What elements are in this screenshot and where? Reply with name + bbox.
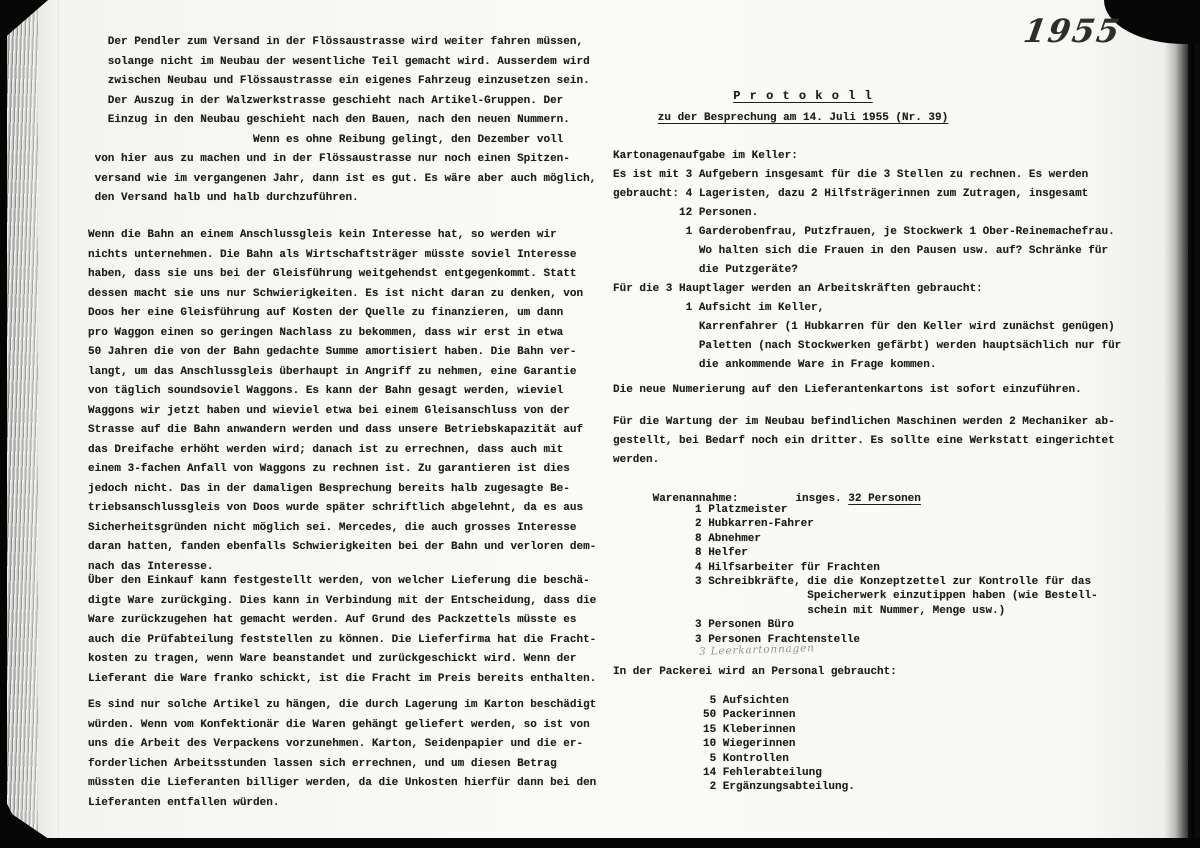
protocol-subtitle: zu der Besprechung am 14. Juli 1955 (Nr.… bbox=[613, 112, 993, 124]
paragraph-artikel-haengen: Es sind nur solche Artikel zu hängen, di… bbox=[88, 696, 596, 813]
line-numerierung: Die neue Numerierung auf den Lieferanten… bbox=[613, 381, 1082, 400]
section-kartonagenaufgabe: Kartonagenaufgabe im Keller: Es ist mit … bbox=[613, 147, 1121, 375]
warenannahme-personnel-list: 1 Platzmeister 2 Hubkarren-Fahrer 8 Abne… bbox=[695, 503, 1098, 647]
protocol-title: P r o t o k o l l bbox=[613, 89, 993, 103]
packerei-personnel-list: 5 Aufsichten 50 Packerinnen 15 Kleberinn… bbox=[703, 694, 855, 795]
paragraph-einkauf-fracht: Über den Einkauf kann festgestellt werde… bbox=[88, 572, 596, 689]
page-inner-edge bbox=[58, 0, 59, 838]
scan-background-left bbox=[0, 0, 7, 848]
packerei-heading: In der Packerei wird an Personal gebrauc… bbox=[613, 663, 897, 682]
book-fore-edge-pages bbox=[6, 0, 38, 840]
scanned-book-spread: Der Pendler zum Versand in der Flössaust… bbox=[0, 0, 1200, 848]
handwritten-year-annotation: 1955 bbox=[1021, 12, 1124, 50]
paragraph-bahn-anschlussgleis: Wenn die Bahn an einem Anschlussgleis ke… bbox=[88, 226, 596, 577]
scan-background-bottom bbox=[0, 838, 1200, 848]
page-curve-shadow bbox=[1164, 0, 1194, 840]
paragraph-pendler-versand: Der Pendler zum Versand in der Flössaust… bbox=[88, 33, 596, 209]
section-wartung-maschinen: Für die Wartung der im Neubau befindlich… bbox=[613, 413, 1115, 470]
